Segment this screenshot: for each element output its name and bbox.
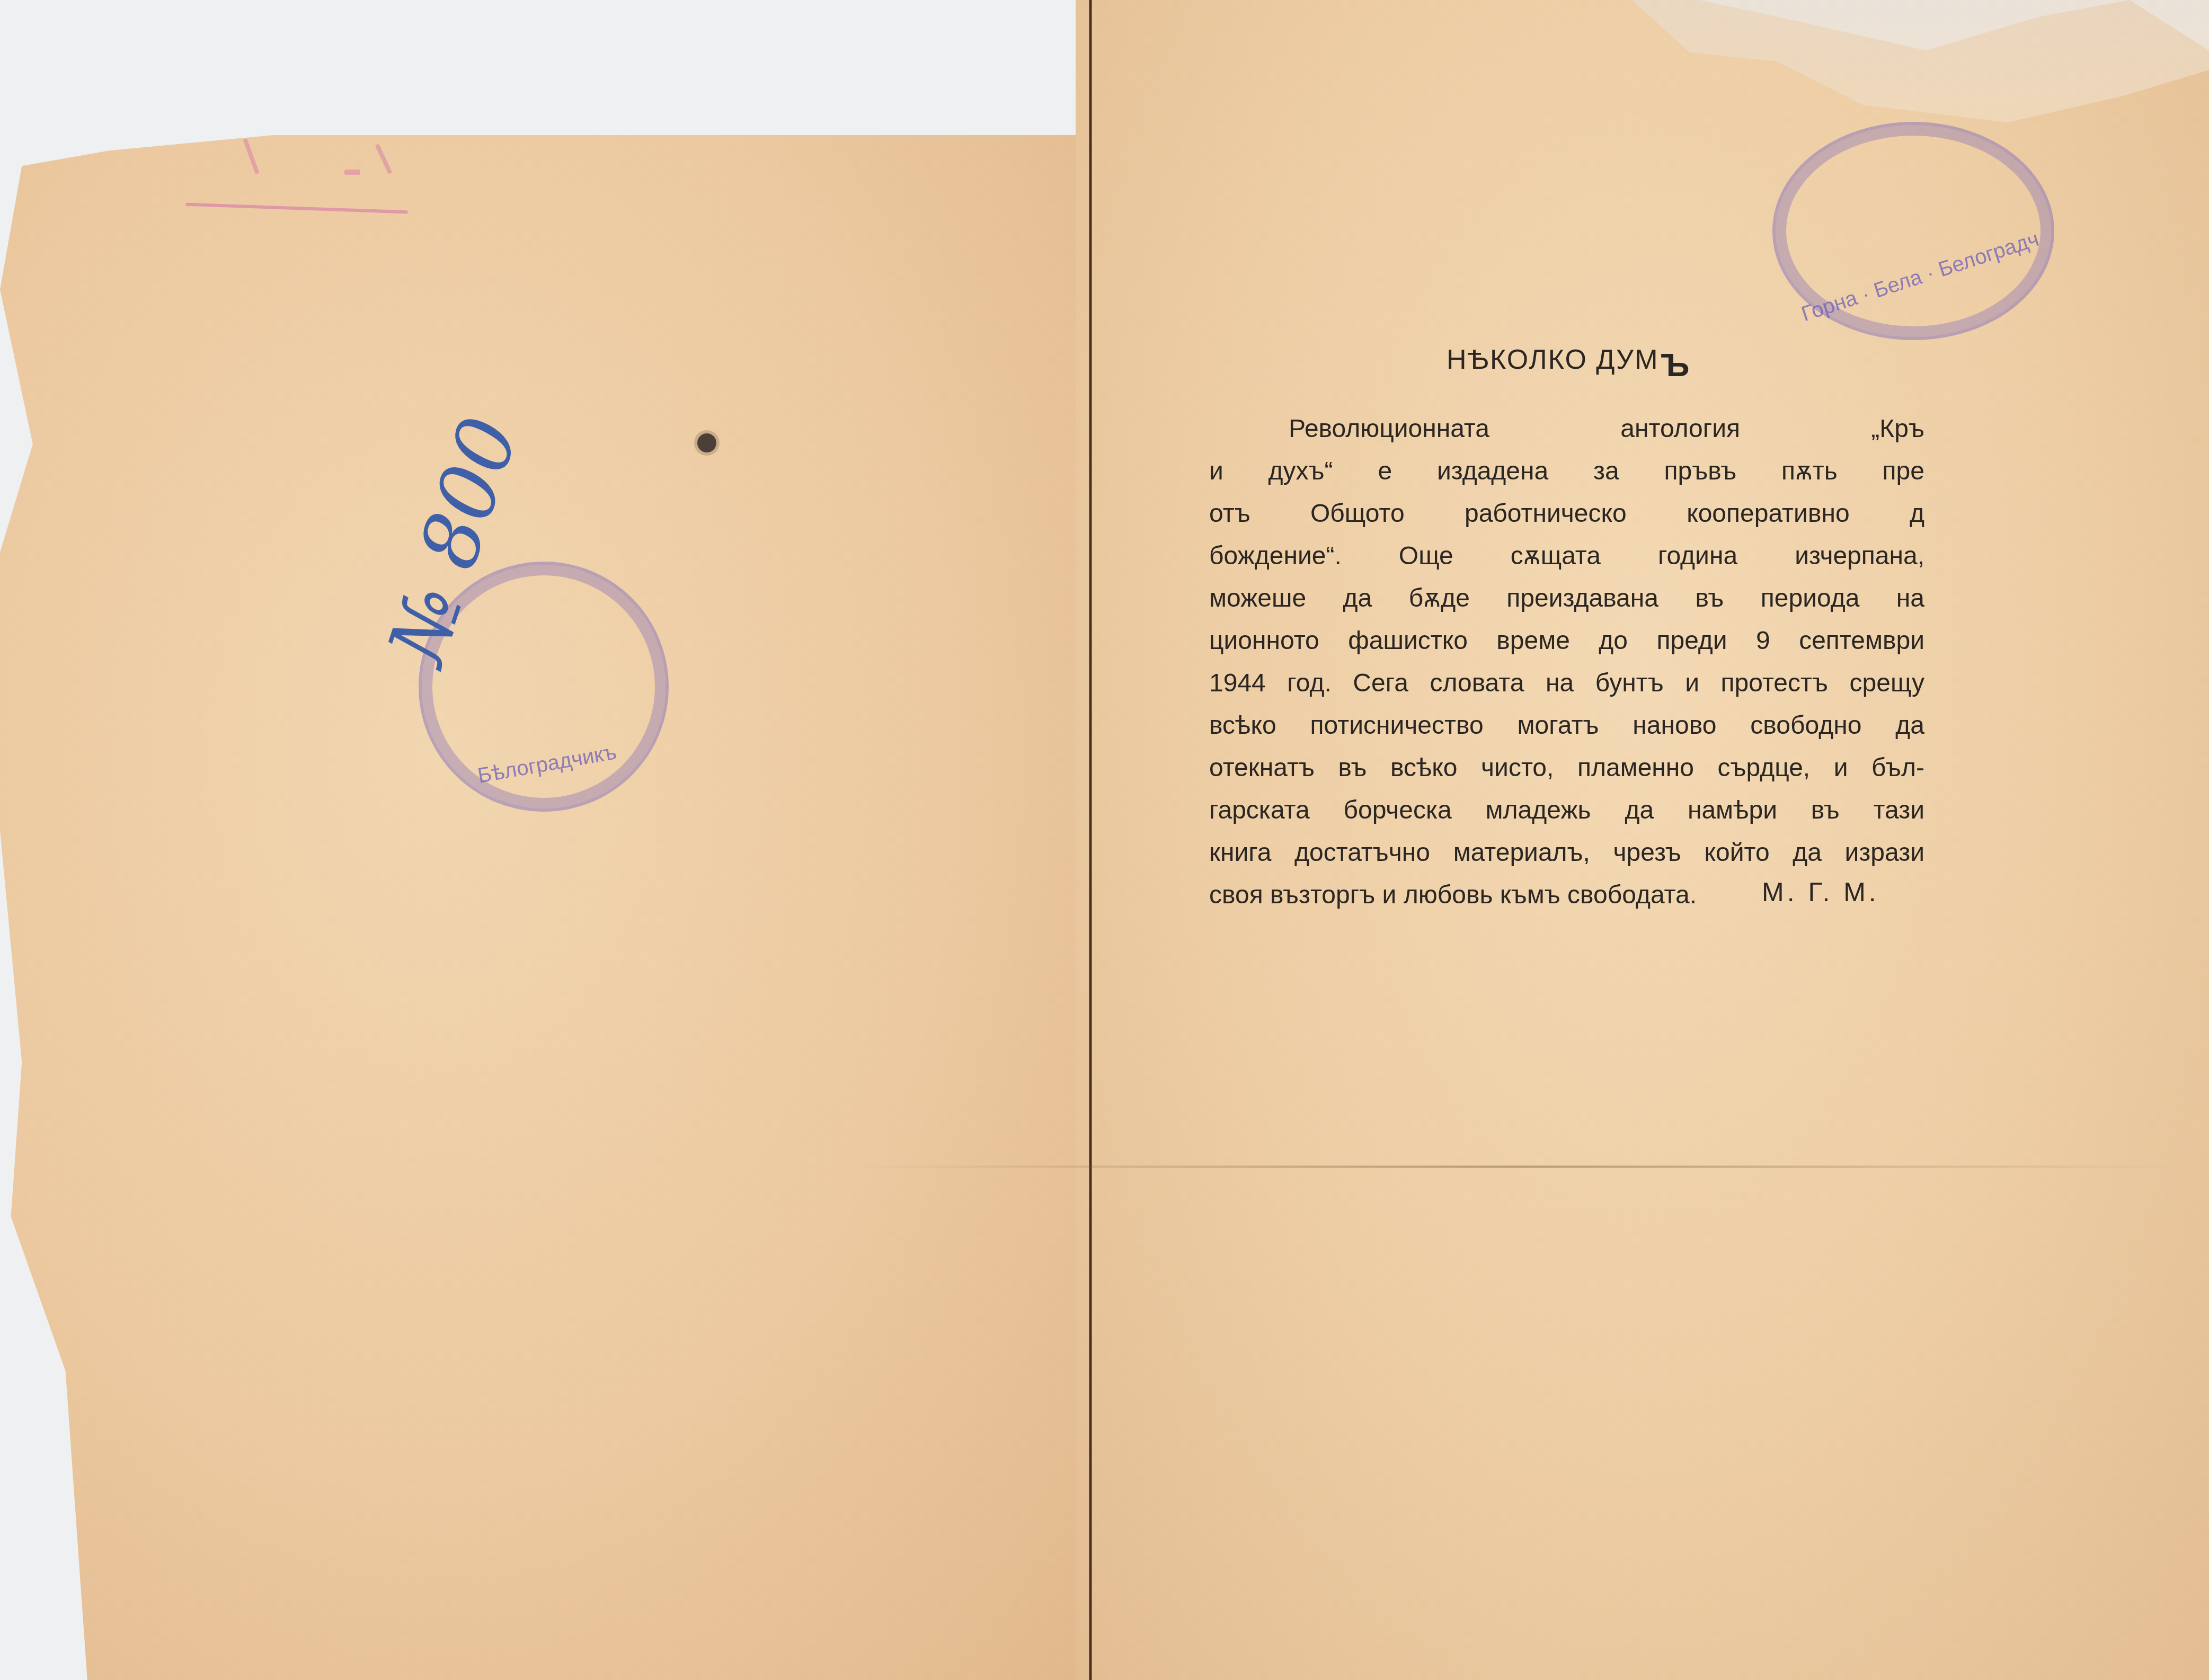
left-page: [0, 135, 1092, 1680]
book-spine: [1089, 0, 1092, 1680]
title-fragment: Ъ: [1661, 347, 1690, 384]
text-line: бождение“. Още сѫщата година изчерпана,: [1209, 535, 1924, 577]
text-line: всѣко потисничество могатъ наново свобод…: [1209, 705, 1924, 747]
text-line: отекнатъ въ всѣко чисто, пламенно сърдце…: [1209, 747, 1924, 789]
text-line: ционното фашистко време до преди 9 септе…: [1209, 620, 1924, 662]
author-initials: М. Г. М.: [1762, 877, 1879, 908]
text-line: и духъ“ е издадена за пръвъ пѫть пре: [1209, 450, 1924, 493]
page-title: НѢКОЛКО ДУМЪ: [1447, 339, 1690, 377]
text-line: можеше да бѫде преиздавана въ периода на: [1209, 577, 1924, 620]
title-text: НѢКОЛКО ДУМ: [1447, 344, 1658, 375]
page-fold: [848, 1166, 2183, 1168]
text-line: 1944 год. Сега словата на бунтъ и протес…: [1209, 662, 1924, 705]
paper-hole: [697, 433, 716, 452]
preface-paragraph: Революционната антология „Кръ и духъ“ е …: [1209, 408, 1924, 917]
text-line: отъ Общото работническо кооперативно д: [1209, 493, 1924, 535]
text-line: Революционната антология „Кръ: [1209, 408, 1924, 450]
text-line: книга достатъчно материалъ, чрезъ който …: [1209, 832, 1924, 874]
text-line: гарската борческа младежь да намѣри въ т…: [1209, 789, 1924, 832]
pencil-mark: [344, 170, 360, 175]
